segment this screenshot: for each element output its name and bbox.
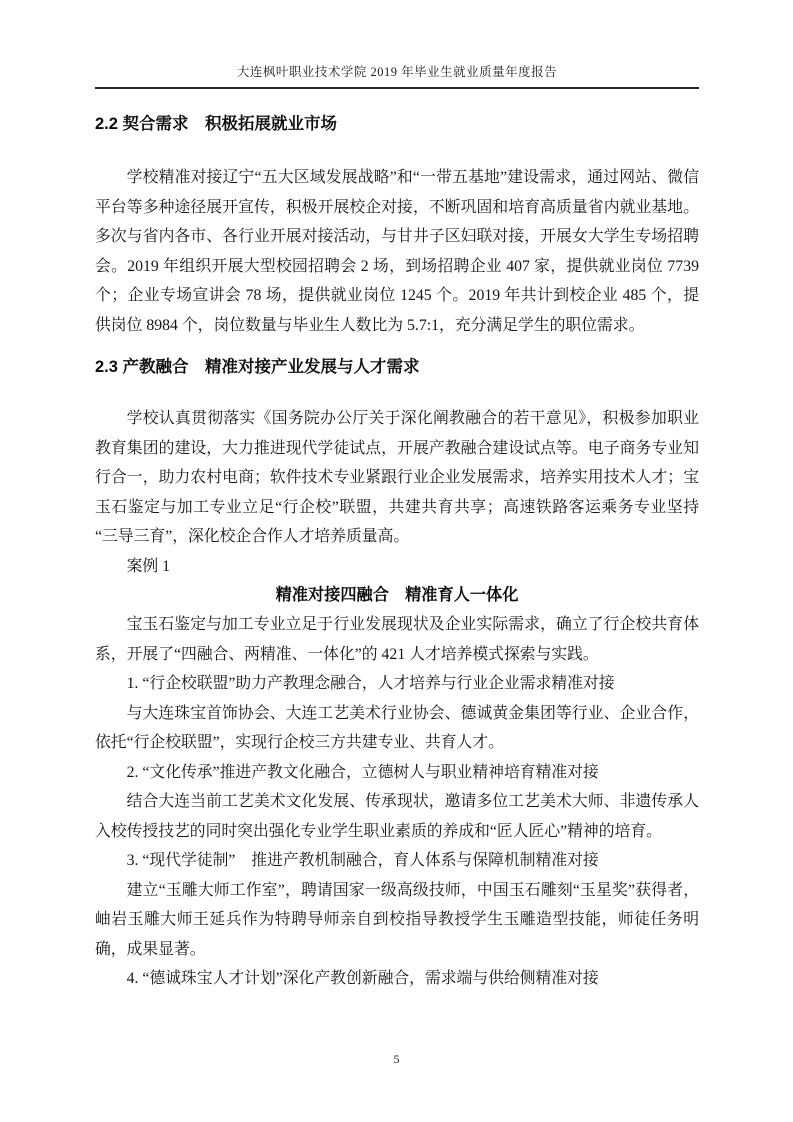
running-header-title: 大连枫叶职业技术学院 2019 年毕业生就业质量年度报告: [95, 64, 699, 80]
section-heading-2-3: 2.3 产教融合 精准对接产业发展与人才需求: [95, 356, 699, 378]
case-study-item-2-heading: 2. “文化传承”推进产教文化融合，立德树人与职业精神培育精准对接: [95, 758, 699, 788]
section-heading-2-2: 2.2 契合需求 积极拓展就业市场: [95, 113, 699, 135]
case-study-item-4-heading: 4. “德诚珠宝人才计划”深化产教创新融合，需求端与供给侧精准对接: [95, 964, 699, 994]
case-study-intro-paragraph: 宝玉石鉴定与加工专业立足于行业发展现状及企业实际需求，确立了行企校共育体系，开展…: [95, 610, 699, 669]
page-number: 5: [394, 1052, 400, 1066]
case-study-item-3-paragraph: 建立“玉雕大师工作室”，聘请国家一级高级技师，中国玉石雕刻“玉星奖”获得者，岫岩…: [95, 876, 699, 965]
section-2-3-paragraph: 学校认真贯彻落实《国务院办公厅关于深化阐教融合的若干意见》，积极参加职业教育集团…: [95, 404, 699, 552]
case-study-item-1-paragraph: 与大连珠宝首饰协会、大连工艺美术行业协会、德诚黄金集团等行业、企业合作，依托“行…: [95, 699, 699, 758]
section-2-2-paragraph: 学校精准对接辽宁“五大区域发展战略”和“一带五基地”建设需求，通过网站、微信平台…: [95, 163, 699, 340]
case-study-label: 案例 1: [95, 552, 699, 582]
case-study-item-1-heading: 1. “行企校联盟”助力产教理念融合，人才培养与行业企业需求精准对接: [95, 669, 699, 699]
case-study-item-2-paragraph: 结合大连当前工艺美术文化发展、传承现状，邀请多位工艺美术大师、非遗传承人入校传授…: [95, 787, 699, 846]
page-footer: 5: [0, 1050, 793, 1068]
case-study-item-3-heading: 3. “现代学徒制” 推进产教机制融合，育人体系与保障机制精准对接: [95, 846, 699, 876]
case-study-title: 精准对接四融合 精准育人一体化: [95, 581, 699, 610]
document-body: 2.2 契合需求 积极拓展就业市场 学校精准对接辽宁“五大区域发展战略”和“一带…: [95, 113, 699, 994]
page-header: 大连枫叶职业技术学院 2019 年毕业生就业质量年度报告: [95, 64, 699, 89]
document-page: 大连枫叶职业技术学院 2019 年毕业生就业质量年度报告 2.2 契合需求 积极…: [0, 0, 793, 1122]
